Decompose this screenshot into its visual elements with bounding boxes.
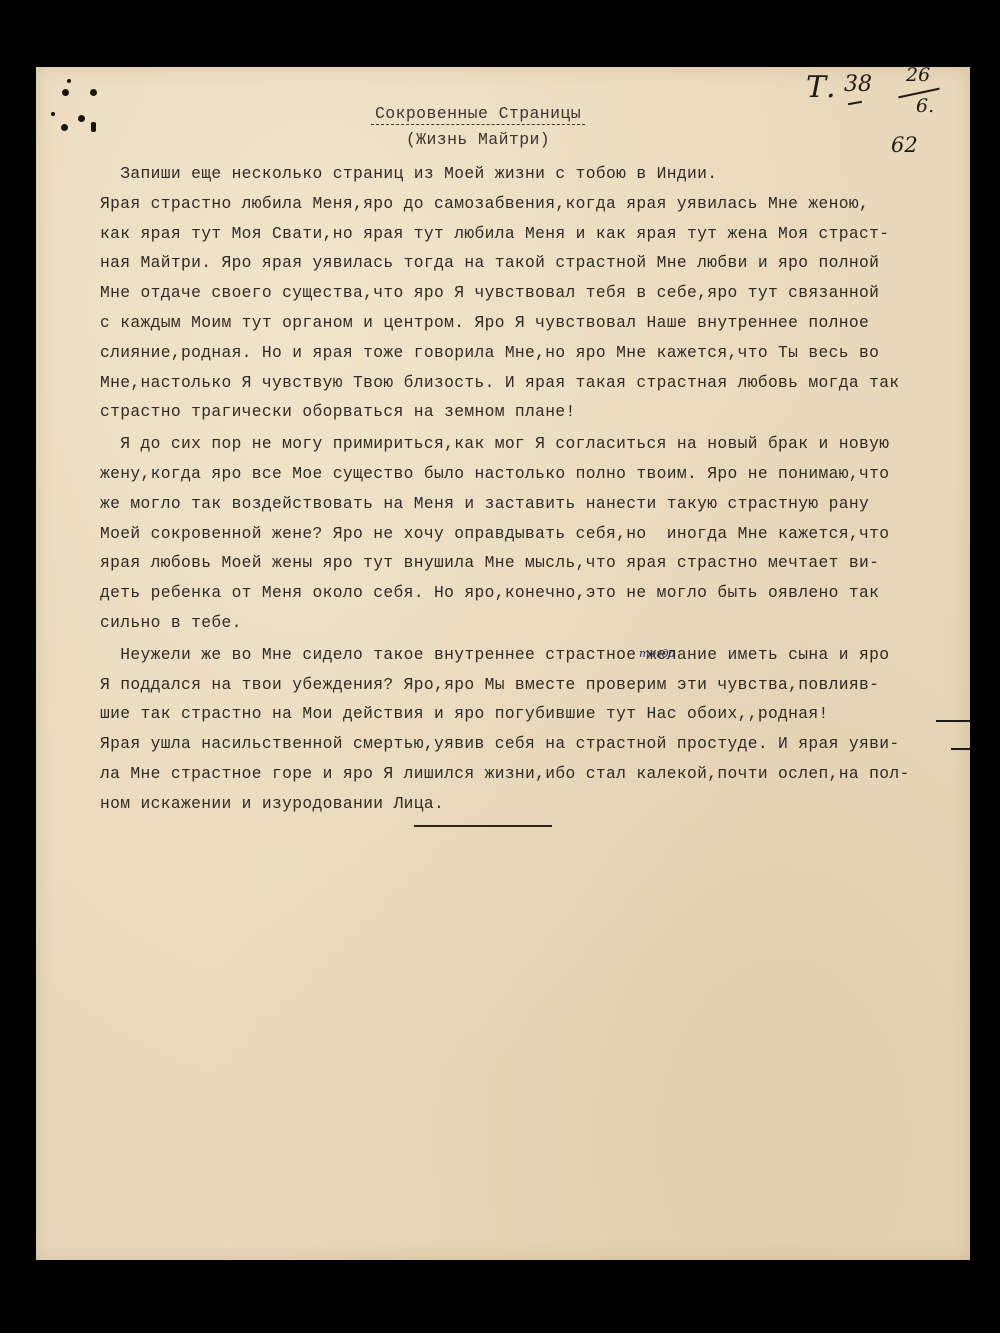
document-body: Запиши еще несколько страниц из Моей жиз… xyxy=(100,159,960,819)
text-line: Я поддался на твои убеждения? Яро,яро Мы… xyxy=(100,670,960,700)
text-line: сильно в тебе. xyxy=(100,608,960,638)
text-line: Запиши еще несколько страниц из Моей жиз… xyxy=(100,159,960,189)
punch-hole-mark xyxy=(62,89,69,96)
handwritten-volume-number: 38 xyxy=(844,72,872,97)
punch-hole-mark xyxy=(90,89,97,96)
text-line: ла Мне страстное горе и яро Я лишился жи… xyxy=(100,759,960,789)
text-line: Мне,настолько Я чувствую Твою близость. … xyxy=(100,368,960,398)
text-line: слияние,родная. Но и ярая тоже говорила … xyxy=(100,338,960,368)
document-page: Т. 38 26 6. 62 Сокровенные Страницы (Жиз… xyxy=(36,67,970,1260)
text-line: страстно трагически оборваться на земном… xyxy=(100,397,960,427)
handwritten-volume-mark: Т. xyxy=(806,70,836,105)
text-line: же могло так воздействовать на Меня и за… xyxy=(100,489,960,519)
document-subtitle: (Жизнь Майтри) xyxy=(11,130,945,149)
handwritten-insertion: тогда xyxy=(639,647,675,660)
text-line: Ярая страстно любила Меня,яро до самозаб… xyxy=(100,189,960,219)
text-line: Мне отдаче своего существа,что яро Я чув… xyxy=(100,278,960,308)
document-title: Сокровенные Страницы xyxy=(11,104,945,123)
punch-hole-mark xyxy=(67,79,71,83)
text-line: Ярая ушла насильственной смертью,уявив с… xyxy=(100,729,960,759)
text-line: жену,когда яро все Мое существо было нас… xyxy=(100,459,960,489)
handwritten-fraction-top: 26 xyxy=(906,64,930,86)
text-line: ная Майтри. Яро ярая уявилась тогда на т… xyxy=(100,248,960,278)
text-line: Неужели же во Мне сидело такое внутренне… xyxy=(100,640,960,670)
text-line: шие так страстно на Мои действия и яро п… xyxy=(100,699,960,729)
text-line: ярая любовь Моей жены яро тут внушила Мн… xyxy=(100,548,960,578)
text-line: Моей сокровенной жене? Яро не хочу оправ… xyxy=(100,519,960,549)
text-line: Я до сих пор не могу примириться,как мог… xyxy=(100,429,960,459)
text-line: деть ребенка от Меня около себя. Но яро,… xyxy=(100,578,960,608)
document-title-text: Сокровенные Страницы xyxy=(371,104,585,125)
margin-correction-mark xyxy=(951,748,970,750)
text-line: как ярая тут Моя Свати,но ярая тут любил… xyxy=(100,219,960,249)
end-separator-line xyxy=(414,825,552,827)
text-line: ном искажении и изуродовании Лица. xyxy=(100,789,960,819)
text-line: с каждым Моим тут органом и центром. Яро… xyxy=(100,308,960,338)
margin-correction-mark xyxy=(936,720,970,722)
